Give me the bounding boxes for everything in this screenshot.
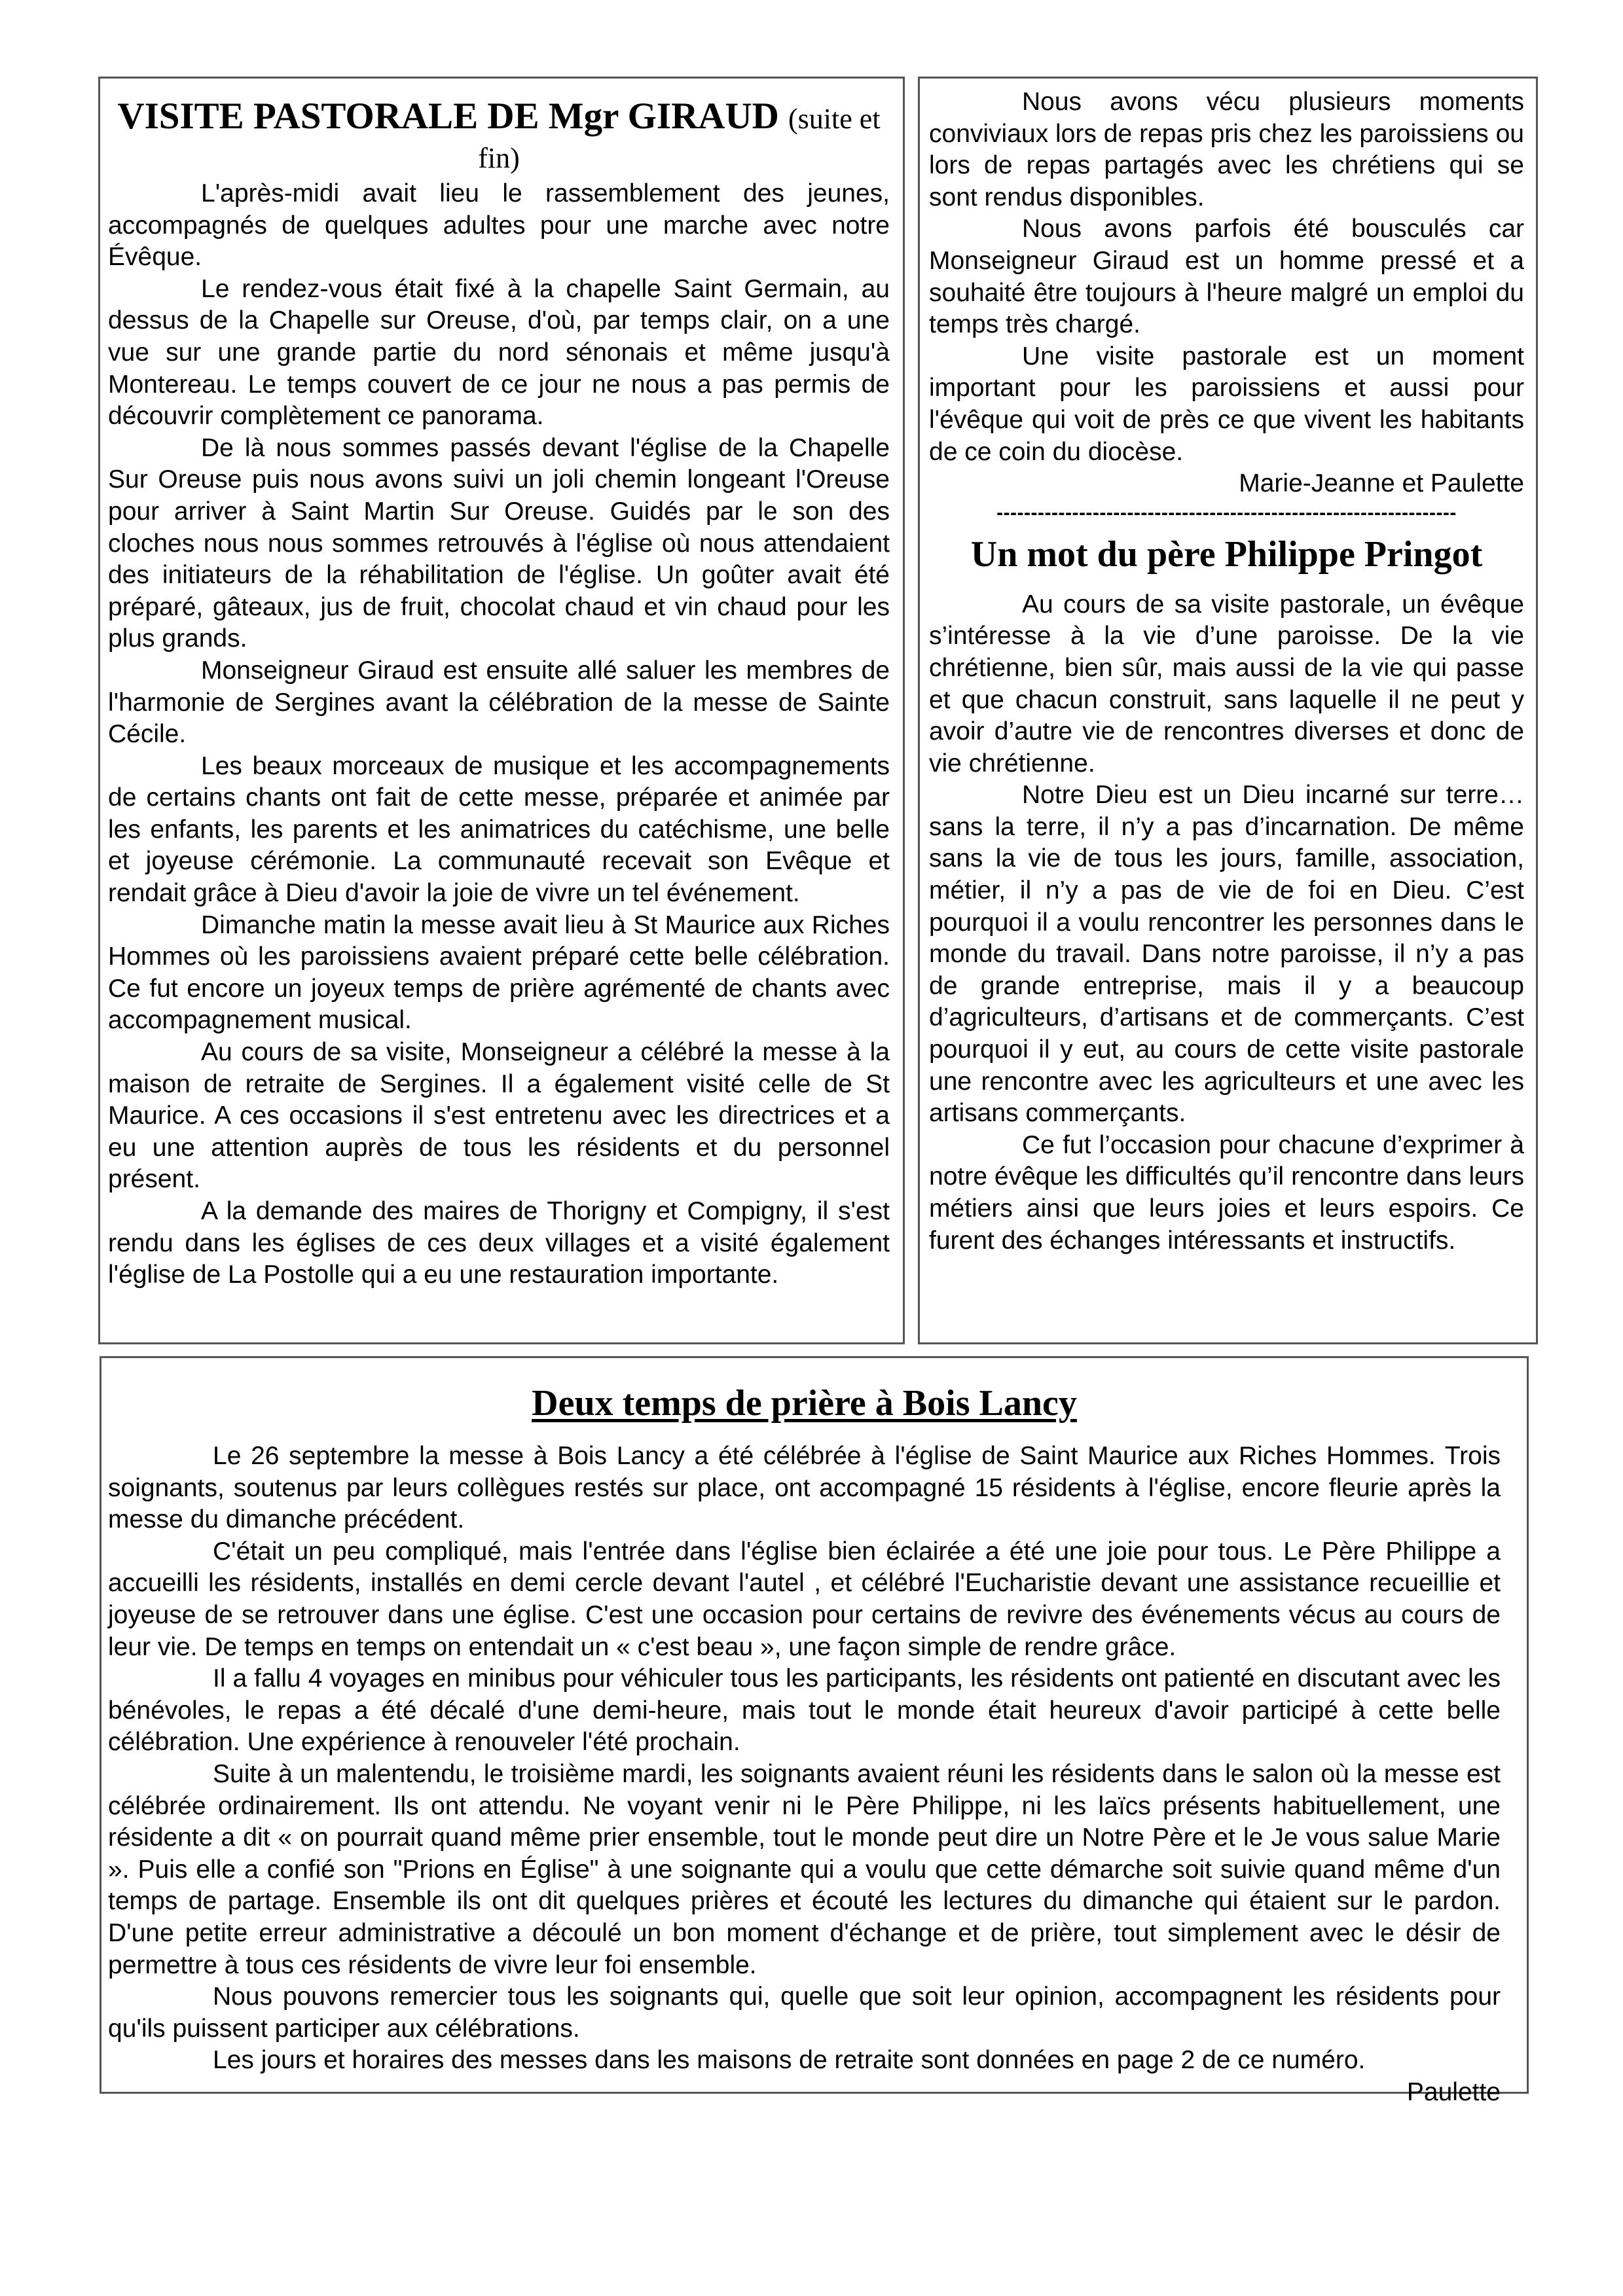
signature: Marie-Jeanne et Paulette bbox=[929, 468, 1524, 500]
paragraph: Au cours de sa visite, Monseigneur a cél… bbox=[108, 1037, 890, 1196]
article-bois-lancy: Deux temps de prière à Bois Lancy Le 26 … bbox=[100, 1356, 1529, 2094]
right-column: Nous avons vécu plusieurs moments conviv… bbox=[918, 77, 1538, 1344]
paragraph: Une visite pastorale est un moment impor… bbox=[929, 341, 1524, 468]
paragraph: A la demande des maires de Thorigny et C… bbox=[108, 1196, 890, 1291]
paragraph: Nous avons parfois été bousculés car Mon… bbox=[929, 213, 1524, 340]
article-body: Le 26 septembre la messe à Bois Lancy a … bbox=[108, 1441, 1501, 2108]
paragraph: Nous avons vécu plusieurs moments conviv… bbox=[929, 86, 1524, 213]
paragraph: C'était un peu compliqué, mais l'entrée … bbox=[108, 1536, 1501, 1663]
paragraph: De là nous sommes passés devant l'église… bbox=[108, 433, 890, 655]
separator-line: ----------------------------------------… bbox=[929, 500, 1524, 526]
paragraph: Dimanche matin la messe avait lieu à St … bbox=[108, 910, 890, 1037]
article-title: VISITE PASTORALE DE Mgr GIRAUD (suite et… bbox=[108, 98, 890, 177]
paragraph: Les beaux morceaux de musique et les acc… bbox=[108, 751, 890, 910]
article-title: Deux temps de prière à Bois Lancy bbox=[108, 1380, 1501, 1426]
paragraph: L'après-midi avait lieu le rassemblement… bbox=[108, 178, 890, 274]
paragraph: Il a fallu 4 voyages en minibus pour véh… bbox=[108, 1663, 1501, 1759]
title-text: VISITE PASTORALE DE Mgr GIRAUD bbox=[117, 96, 778, 137]
article-body: L'après-midi avait lieu le rassemblement… bbox=[108, 178, 890, 1291]
paragraph: Au cours de sa visite pastorale, un évêq… bbox=[929, 589, 1524, 780]
title-text: Deux temps de prière à Bois Lancy bbox=[532, 1383, 1077, 1424]
paragraph: Monseigneur Giraud est ensuite allé salu… bbox=[108, 655, 890, 751]
article-title: Un mot du père Philippe Pringot bbox=[929, 531, 1524, 577]
paragraph: Les jours et horaires des messes dans le… bbox=[108, 2045, 1501, 2077]
paragraph: Notre Dieu est un Dieu incarné sur terre… bbox=[929, 780, 1524, 1130]
paragraph: Suite à un malentendu, le troisième mard… bbox=[108, 1759, 1501, 1981]
article-body: Au cours de sa visite pastorale, un évêq… bbox=[929, 589, 1524, 1257]
paragraph: Nous pouvons remercier tous les soignant… bbox=[108, 1981, 1501, 2045]
article-visite-pastorale: VISITE PASTORALE DE Mgr GIRAUD (suite et… bbox=[98, 77, 905, 1344]
paragraph: Le 26 septembre la messe à Bois Lancy a … bbox=[108, 1441, 1501, 1536]
paragraph: Le rendez-vous était fixé à la chapelle … bbox=[108, 274, 890, 433]
signature: Paulette bbox=[108, 2077, 1501, 2109]
article-continuation: Nous avons vécu plusieurs moments conviv… bbox=[929, 86, 1524, 500]
paragraph: Ce fut l’occasion pour chacune d’exprime… bbox=[929, 1130, 1524, 1257]
